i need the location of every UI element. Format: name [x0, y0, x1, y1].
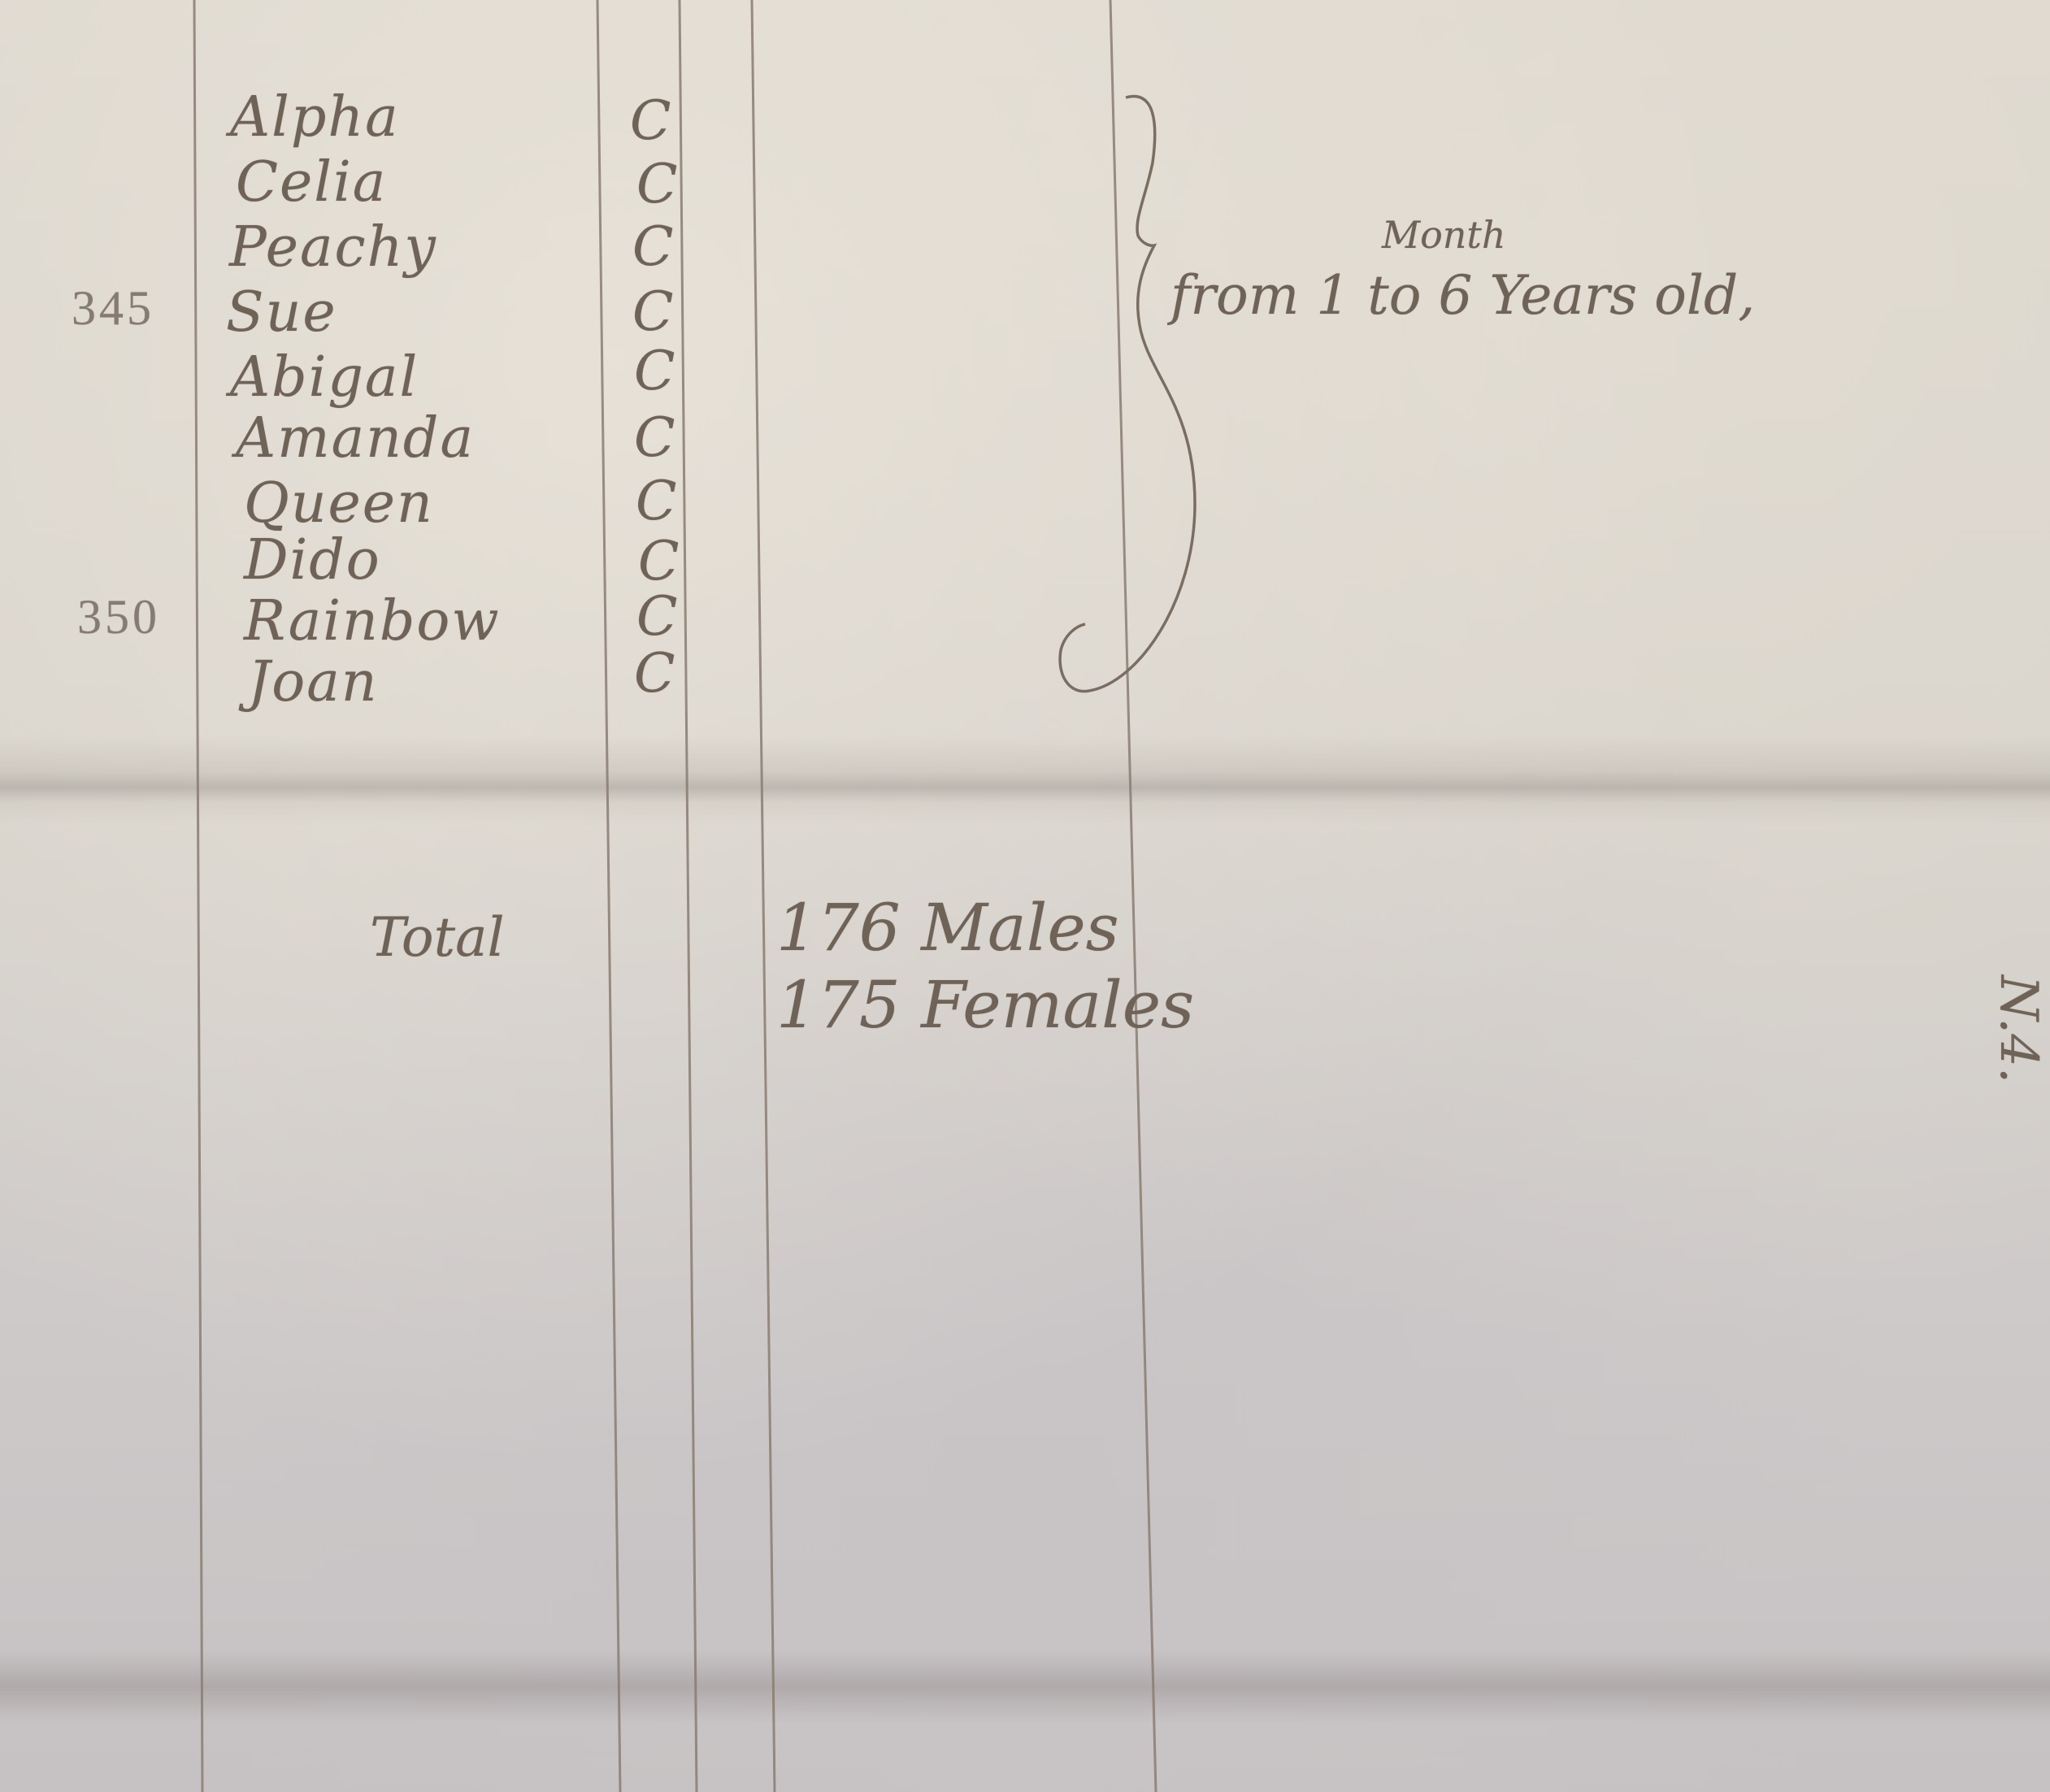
total-label: Total [370, 906, 505, 969]
row-number: 350 [77, 589, 160, 645]
column-mark: C [630, 89, 671, 152]
column-mark: C [634, 406, 675, 469]
margin-mark: N.4. [1988, 975, 2048, 1083]
column-mark: C [638, 530, 680, 592]
column-mark: C [632, 215, 674, 278]
column-mark: C [634, 340, 675, 402]
bracket-note-superscript: Month [1382, 213, 1506, 257]
register-name: Alpha [230, 85, 400, 150]
register-name: Joan [248, 650, 379, 714]
column-mark: C [636, 585, 678, 648]
row-number: 345 [72, 280, 154, 336]
column-mark: C [636, 470, 677, 532]
register-name: Peachy [229, 215, 437, 280]
register-name: Queen [244, 471, 434, 536]
register-name: Abigal [230, 345, 419, 410]
register-name: Dido [244, 528, 381, 592]
column-mark: C [636, 153, 678, 215]
register-name: Rainbow [244, 589, 501, 653]
bracket-note-text: from 1 to 6 Years old, [1170, 264, 1755, 327]
register-name: Sue [226, 280, 337, 345]
total-females: 175 Females [776, 967, 1194, 1043]
column-mark: C [634, 642, 675, 705]
total-males: 176 Males [776, 890, 1119, 965]
column-mark: C [632, 280, 674, 343]
register-name: Amanda [236, 406, 475, 471]
register-name: Celia [236, 150, 387, 215]
